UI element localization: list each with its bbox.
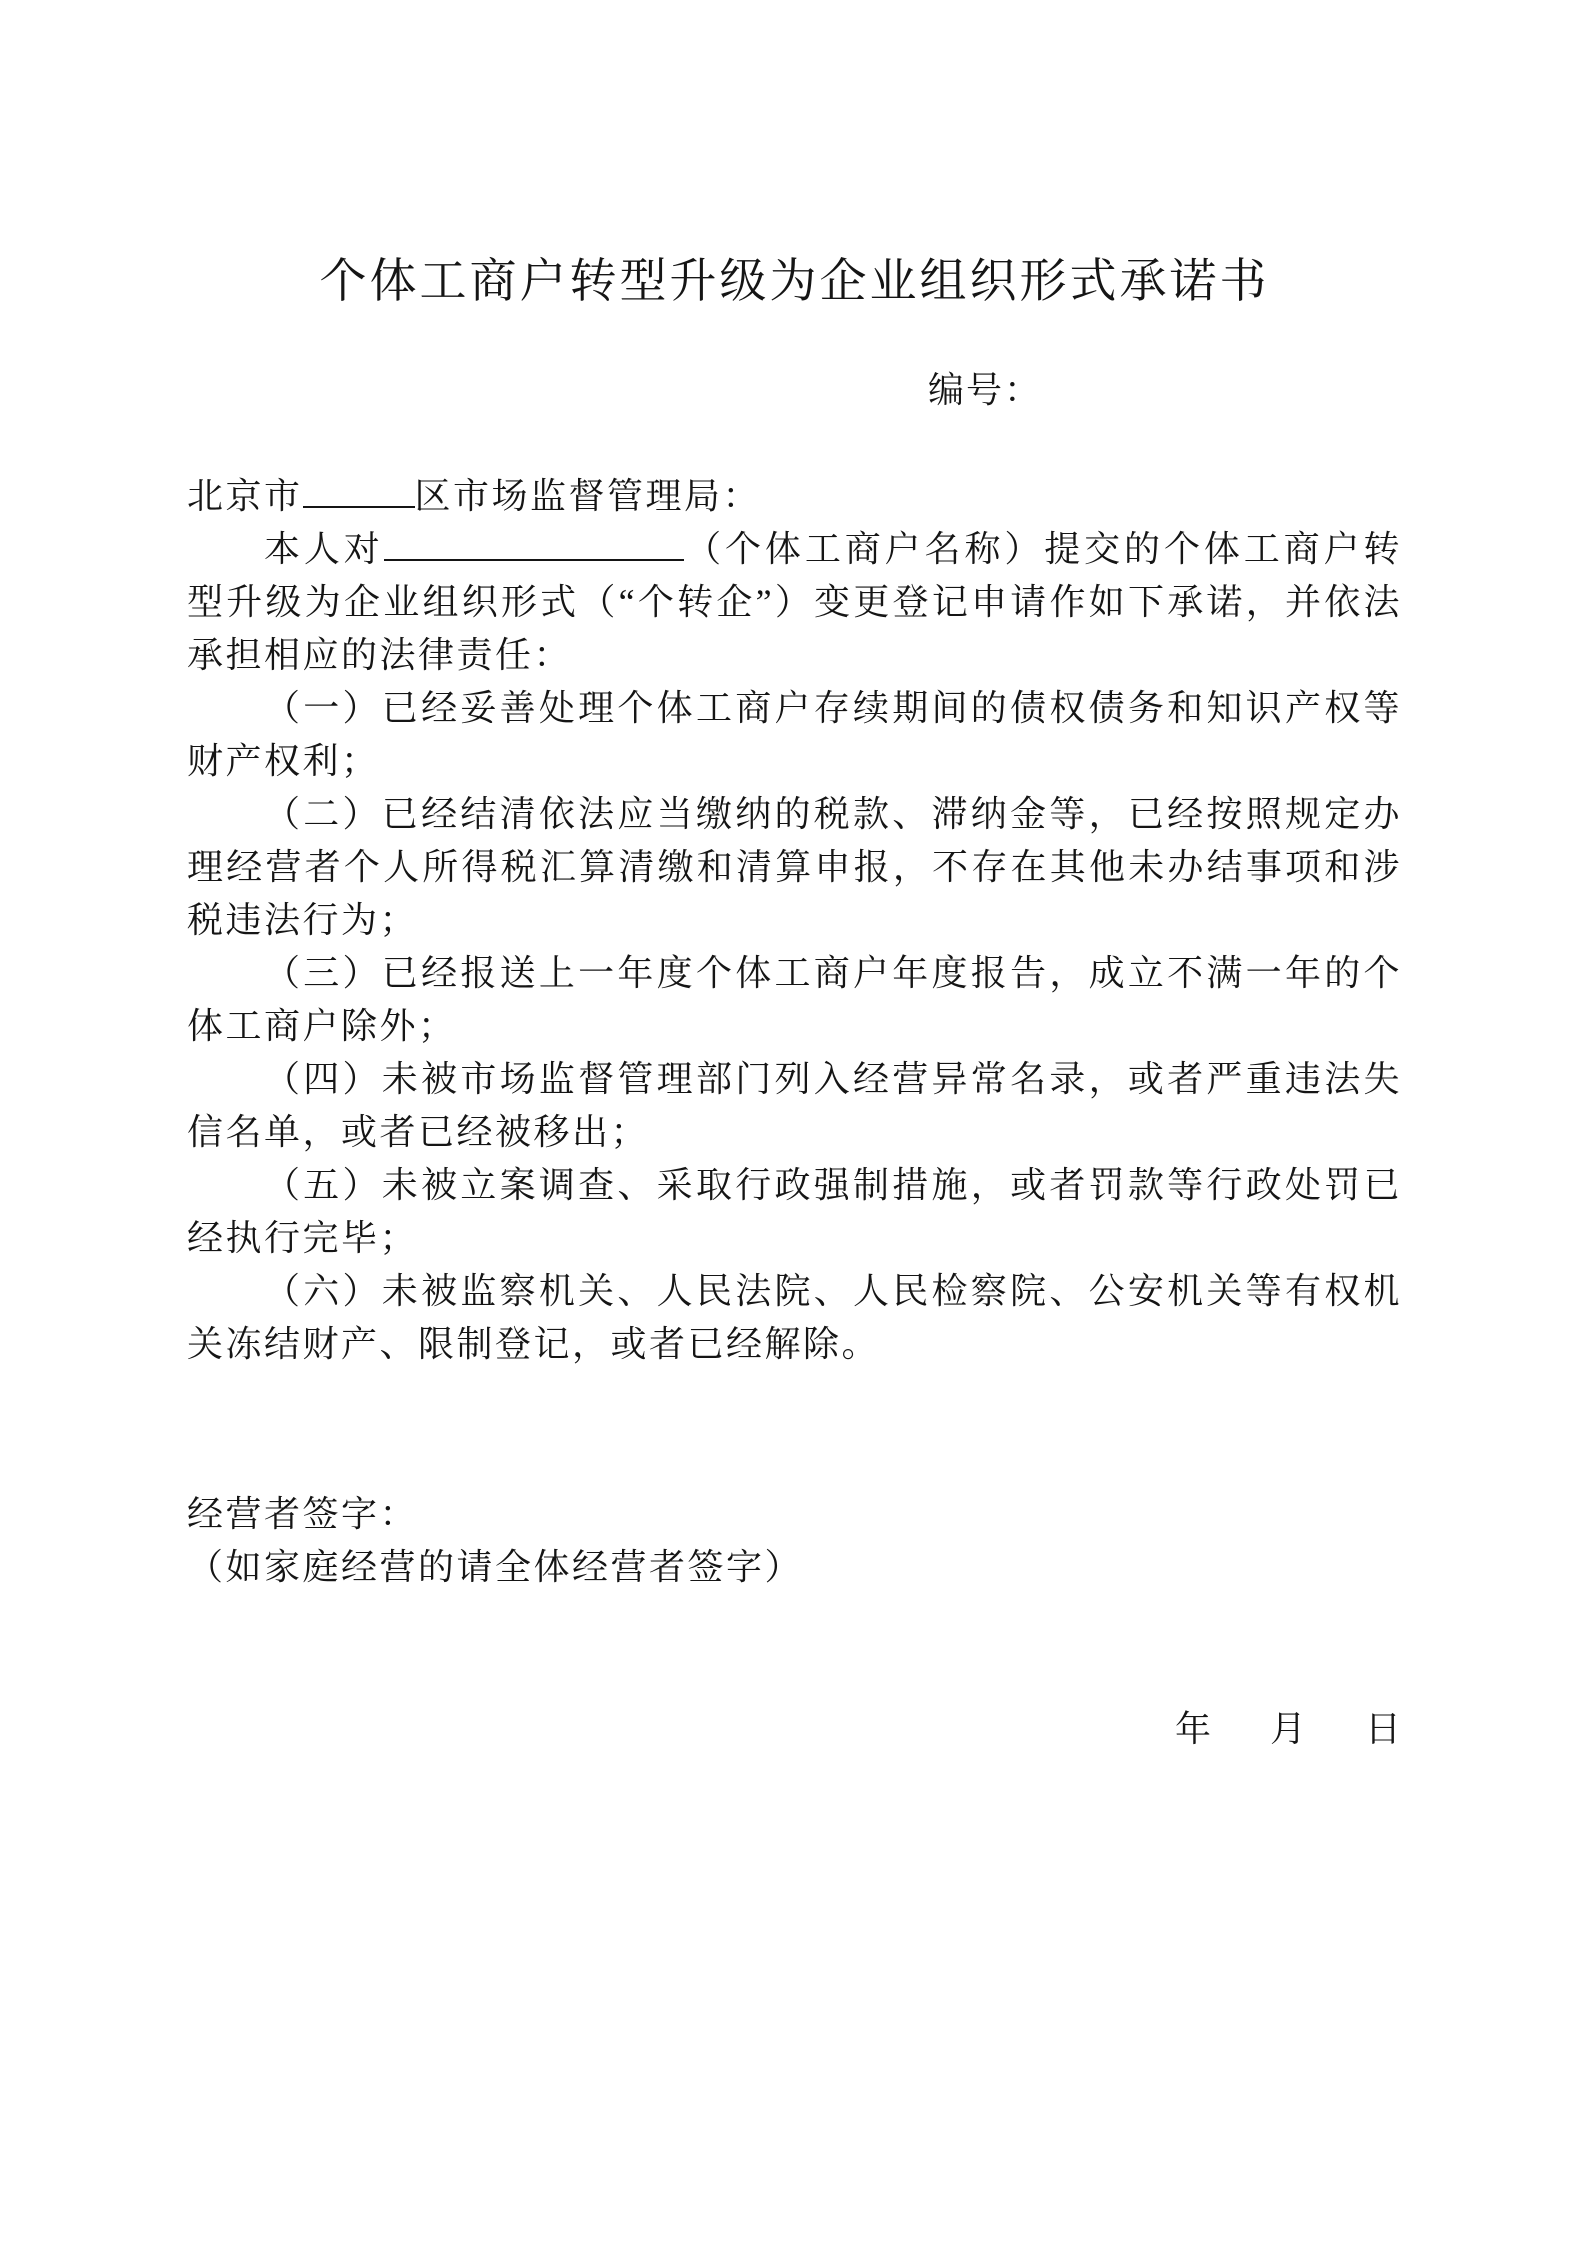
commitment-item-2: （二）已经结清依法应当缴纳的税款、滞纳金等，已经按照规定办理经营者个人所得税汇算… — [187, 788, 1402, 947]
document-title: 个体工商户转型升级为企业组织形式承诺书 — [187, 252, 1402, 312]
date-day-label: 日 — [1365, 1709, 1402, 1749]
commitment-item-5: （五）未被立案调查、采取行政强制措施，或者罚款等行政处罚已经执行完毕； — [187, 1159, 1402, 1265]
number-label: 编号： — [928, 370, 1042, 410]
signature-label: 经营者签字： — [187, 1488, 1402, 1541]
commitment-item-4: （四）未被市场监督管理部门列入经营异常名录，或者严重违法失信名单，或者已经被移出… — [187, 1053, 1402, 1159]
salutation-prefix: 北京市 — [187, 476, 303, 516]
business-name-blank-field — [384, 533, 684, 561]
intro-prefix: 本人对 — [264, 529, 384, 569]
signature-block: 经营者签字： （如家庭经营的请全体经营者签字） — [187, 1488, 1402, 1594]
commitment-item-6: （六）未被监察机关、人民法院、人民检察院、公安机关等有权机关冻结财产、限制登记，… — [187, 1265, 1402, 1371]
salutation-line: 北京市区市场监督管理局： — [187, 470, 1402, 523]
document-page: 个体工商户转型升级为企业组织形式承诺书 编号： 北京市区市场监督管理局： 本人对… — [0, 0, 1587, 2245]
salutation-suffix: 区市场监督管理局： — [415, 476, 762, 516]
district-blank-field — [303, 480, 415, 508]
signature-note: （如家庭经营的请全体经营者签字） — [187, 1541, 1402, 1594]
commitment-item-3: （三）已经报送上一年度个体工商户年度报告，成立不满一年的个体工商户除外； — [187, 947, 1402, 1053]
document-content: 个体工商户转型升级为企业组织形式承诺书 编号： 北京市区市场监督管理局： 本人对… — [187, 0, 1402, 1756]
date-line: 年 月 日 — [187, 1703, 1402, 1756]
commitment-item-1: （一）已经妥善处理个体工商户存续期间的债权债务和知识产权等财产权利； — [187, 682, 1402, 788]
date-month-label: 月 — [1270, 1709, 1307, 1749]
intro-paragraph: 本人对（个体工商户名称）提交的个体工商户转型升级为企业组织形式（“个转企”）变更… — [187, 523, 1402, 682]
document-body: 北京市区市场监督管理局： 本人对（个体工商户名称）提交的个体工商户转型升级为企业… — [187, 470, 1402, 1371]
number-line: 编号： — [187, 364, 1402, 417]
date-year-label: 年 — [1175, 1709, 1212, 1749]
